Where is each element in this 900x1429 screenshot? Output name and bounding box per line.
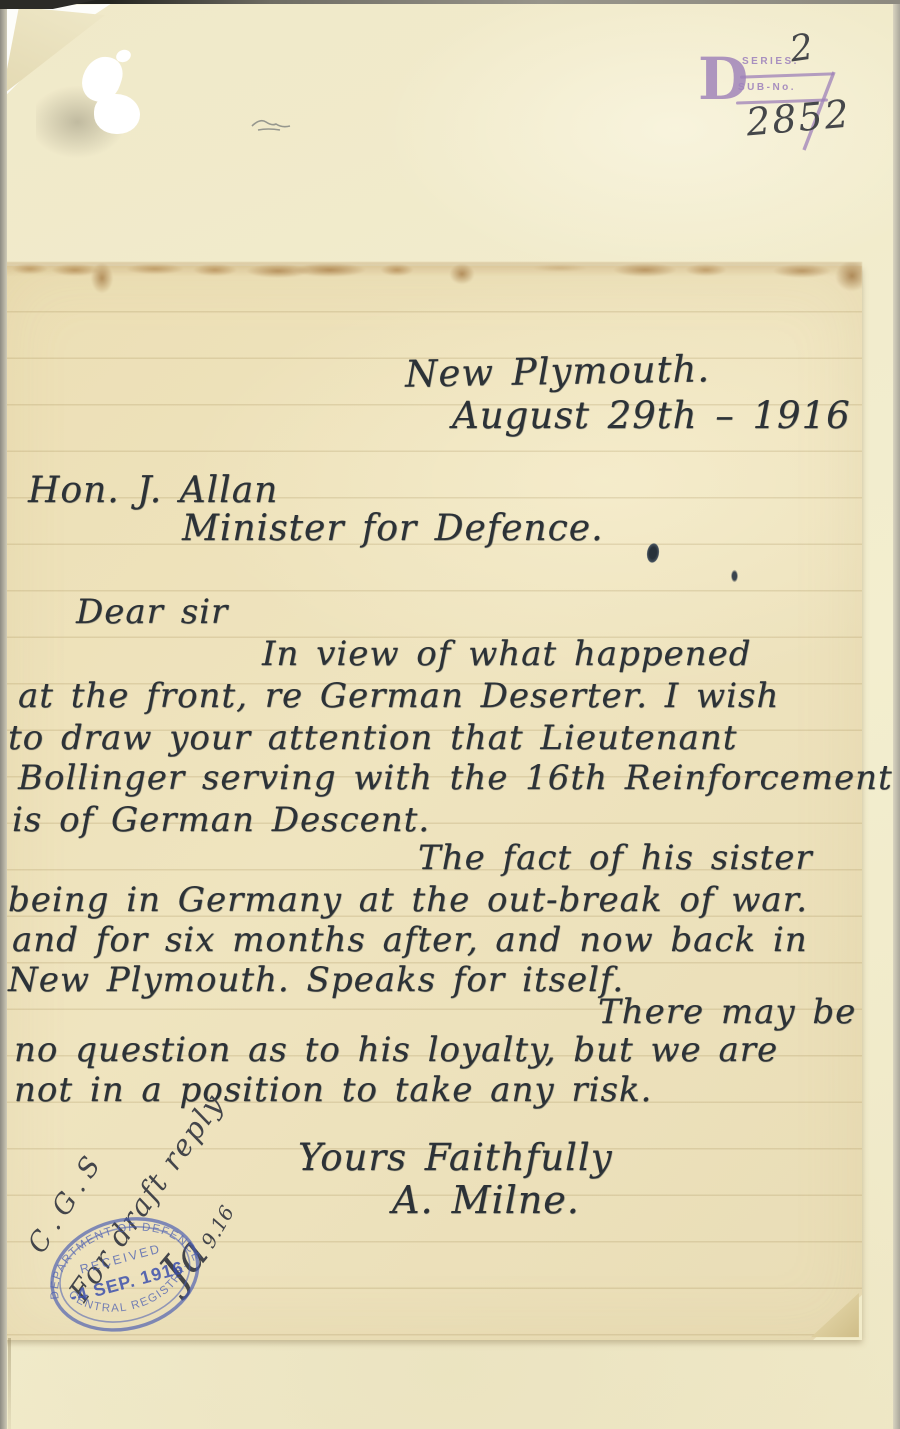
letter-line-recipient-name: Hon. J. Allan — [28, 470, 278, 511]
letter-dogear-corner — [810, 1292, 862, 1340]
scan-edge-top — [0, 0, 900, 4]
scan-edge-right — [893, 0, 900, 1429]
glue-stain-strip — [0, 262, 862, 310]
letter-line-closing: Yours Faithfully — [298, 1136, 613, 1179]
letter-line-body-1: In view of what happened — [262, 634, 751, 674]
registry-stamp: D SERIES. SUB-No. 2 2852 — [694, 44, 864, 164]
letter-line-body-10: There may be — [598, 992, 856, 1032]
ink-blot — [730, 568, 739, 584]
subno-value: 2852 — [744, 92, 852, 145]
subno-label: SUB-No. — [738, 82, 796, 93]
letter-line-salutation: Dear sir — [76, 592, 228, 632]
dogear-fold — [810, 1292, 862, 1340]
letter-line-recipient-title: Minister for Defence. — [182, 508, 604, 549]
letter-line-signature: A. Milne. — [392, 1178, 580, 1222]
scan-edge-left — [0, 0, 7, 1429]
pencil-scribble-mark — [248, 112, 296, 136]
letter-line-body-12: not in a position to take any risk. — [14, 1070, 652, 1110]
letter-line-date: August 29th – 1916 — [452, 394, 851, 437]
letter-line-body-4: Bollinger serving with the 16th Reinforc… — [18, 758, 900, 798]
paper-crease — [8, 1338, 11, 1429]
letter-line-body-8: and for six months after, and now back i… — [12, 920, 808, 960]
letter-line-body-7: being in Germany at the out-break of war… — [8, 880, 808, 920]
letter-line-body-9: New Plymouth. Speaks for itself. — [8, 960, 624, 1000]
letter-line-place: New Plymouth. — [405, 347, 711, 395]
letter-sheet: New Plymouth.August 29th – 1916Hon. J. A… — [0, 266, 862, 1340]
letter-line-body-5: is of German Descent. — [12, 800, 430, 840]
letter-line-body-6: The fact of his sister — [418, 838, 813, 878]
paper-hole — [94, 94, 140, 134]
registry-stamp-letter: D — [698, 50, 748, 108]
letter-line-body-11: no question as to his loyalty, but we ar… — [14, 1030, 778, 1070]
letter-line-body-3: to draw your attention that Lieutenant — [8, 718, 737, 758]
letter-line-body-2: at the front, re German Deserter. I wish — [18, 676, 779, 716]
